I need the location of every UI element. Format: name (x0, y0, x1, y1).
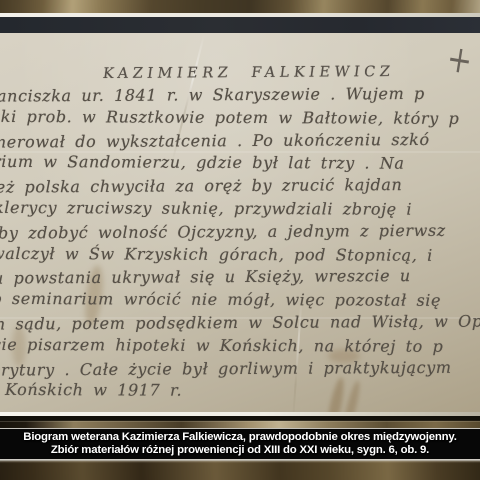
manuscript-line: u powstania ukrywał się u Księży, wreszc… (0, 265, 480, 291)
background-texture-bottom (0, 461, 480, 480)
caption-line-1: Biogram weterana Kazimierza Falkiewicza,… (23, 431, 456, 444)
manuscript-line: ski prob. w Rusztkowie potem w Bałtowie,… (0, 106, 480, 131)
manuscript-text: anciszka ur. 1841 r. w Skaryszewie . Wuj… (0, 84, 480, 403)
manuscript-line: cie pisarzem hipoteki w Końskich, na któ… (0, 334, 480, 359)
archival-photo-slide: KAZIMIERZ FALKIEWICZ + anciszka ur. 1841… (0, 0, 480, 480)
caption-bar: Biogram weterana Kazimierza Falkiewicza,… (0, 428, 480, 461)
manuscript-line: by zdobyć wolność Ojczyzny, a jednym z p… (0, 219, 480, 245)
manuscript-line: walczył w Św Krzyskich górach, pod Stopn… (0, 242, 480, 267)
manuscript-line: klerycy zruciwszy suknię, przywdziali zb… (0, 197, 480, 222)
photo-dark-border-top (0, 17, 480, 33)
manuscript-line: ież polska chwyciła za oręż by zrucić ka… (0, 174, 480, 200)
manuscript-line: rium w Sandomierzu, gdzie był lat trzy .… (0, 151, 480, 176)
caption-line-2: Zbiór materiałów różnej proweniencji od … (51, 444, 429, 457)
manuscript-line: erytury . Całe życie był gorliwym i prak… (0, 356, 480, 382)
manuscript-line: m sądu, potem podsędkiem w Solcu nad Wis… (0, 310, 480, 336)
manuscript-page: KAZIMIERZ FALKIEWICZ + anciszka ur. 1841… (0, 33, 480, 417)
manuscript-line: merował do wykształcenia . Po ukończeniu… (0, 128, 480, 154)
manuscript-title: KAZIMIERZ FALKIEWICZ (102, 64, 396, 82)
manuscript-line: anciszka ur. 1841 r. w Skaryszewie . Wuj… (0, 82, 480, 108)
manuscript-line: Końskich w 1917 r. (5, 379, 480, 404)
manuscript-line: o seminarium wrócić nie mógł, więc pozos… (0, 288, 480, 313)
pen-cross-mark: + (444, 37, 476, 84)
